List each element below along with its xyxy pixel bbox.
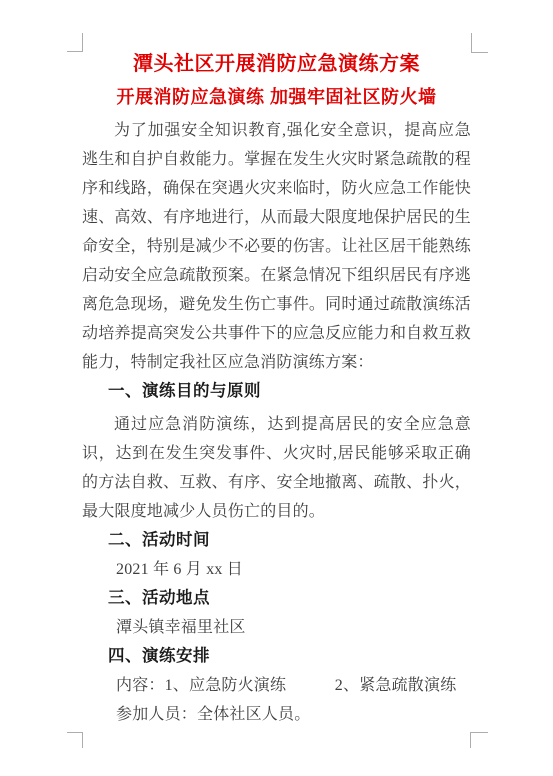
page-margin-mark-top-right xyxy=(471,33,488,53)
section-2-heading: 二、活动时间 xyxy=(82,526,471,555)
document-page: 潭头社区开展消防应急演练方案 开展消防应急演练 加强牢固社区防火墙 为了加强安全… xyxy=(0,0,553,776)
section-1-heading: 一、演练目的与原则 xyxy=(82,377,471,406)
section-3-body: 潭头镇幸福里社区 xyxy=(82,613,471,642)
section-4-heading: 四、演练安排 xyxy=(82,642,471,671)
document-body: 潭头社区开展消防应急演练方案 开展消防应急演练 加强牢固社区防火墙 为了加强安全… xyxy=(82,48,471,729)
page-margin-mark-bottom-left xyxy=(67,732,83,748)
section-4-participants-line: 参加人员：全体社区人员。 xyxy=(82,700,471,729)
section-1-body: 通过应急消防演练，达到提高居民的安全应急意识，达到在发生突发事件、火灾时,居民能… xyxy=(82,410,471,526)
section-3-heading: 三、活动地点 xyxy=(82,584,471,613)
section-4-content-line: 内容：1、应急防火演练 2、紧急疏散演练 xyxy=(82,671,471,700)
document-subtitle: 开展消防应急演练 加强牢固社区防火墙 xyxy=(82,82,471,112)
intro-paragraph: 为了加强安全知识教育,强化安全意识，提高应急逃生和自护自救能力。掌握在发生火灾时… xyxy=(82,116,471,377)
page-margin-mark-top-left xyxy=(67,33,83,52)
section-2-body: 2021 年 6 月 xx 日 xyxy=(82,555,471,584)
page-margin-mark-bottom-right xyxy=(470,732,488,748)
document-title: 潭头社区开展消防应急演练方案 xyxy=(82,48,471,80)
